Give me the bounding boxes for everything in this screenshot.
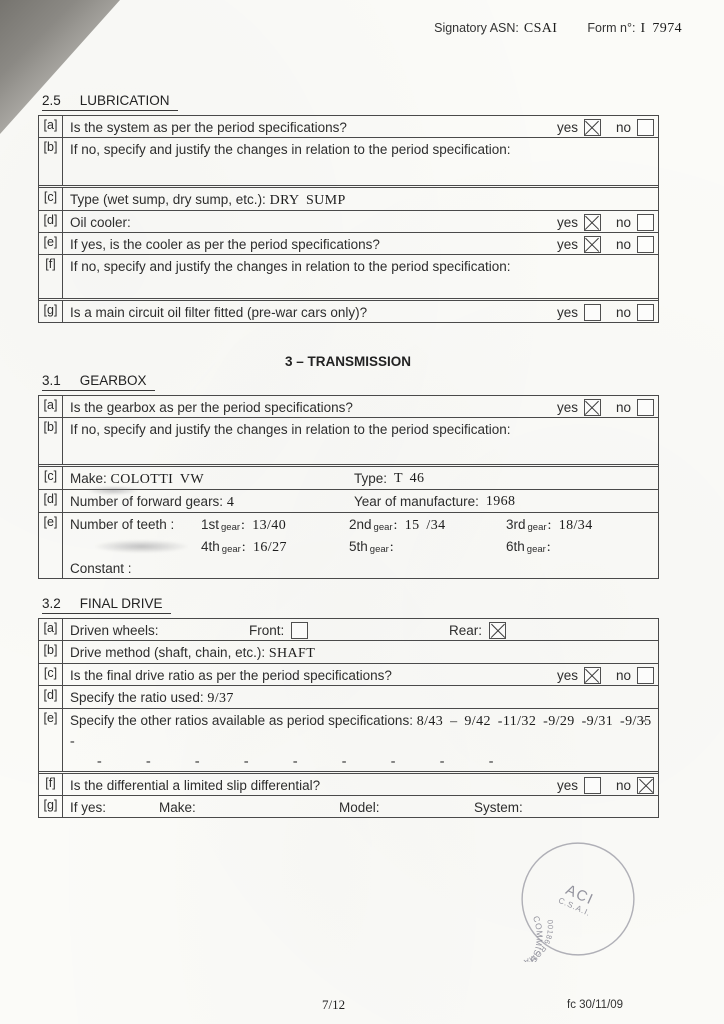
ratio-used-value: 9/37 (207, 691, 234, 706)
no-label: no (616, 666, 631, 685)
yes-no-group: yes no (557, 398, 654, 417)
no-checkbox[interactable] (637, 214, 654, 231)
section-number: 2.5 (42, 93, 61, 108)
gears-count-label: Number of forward gears: (70, 494, 223, 509)
rear-label: Rear: (449, 621, 482, 640)
front-label: Front: (249, 621, 284, 640)
teeth-label: Number of teeth : (70, 517, 174, 532)
table-row-b: [b] Drive method (shaft, chain, etc.): S… (39, 640, 658, 663)
section-title: LUBRICATION (80, 93, 170, 108)
gear-3: 3rdgear: 18/34 (506, 515, 593, 536)
gear-ordinal: 2nd (349, 517, 372, 532)
question-text: Is the system as per the period specific… (70, 120, 347, 135)
table-row-c: [c] Is the final drive ratio as per the … (39, 663, 658, 685)
question-text: If yes, is the cooler as per the period … (70, 237, 380, 252)
row-id: [e] (39, 709, 63, 771)
yes-no-group: yes no (557, 213, 654, 232)
gear-5: 5thgear: (349, 537, 394, 558)
scan-corner-shadow (0, 0, 120, 134)
row-id: [d] (39, 211, 63, 232)
section-title: FINAL DRIVE (80, 596, 163, 611)
yes-label: yes (557, 666, 578, 685)
table-row-e: [e] Number of teeth : 1stgear: 13/40 2nd… (39, 512, 658, 578)
section-heading-gearbox: 3.1GEARBOX (42, 373, 155, 391)
row-id: [a] (39, 396, 63, 417)
table-row-e: [e] If yes, is the cooler as per the per… (39, 232, 658, 254)
footer-reference: fc 30/11/09 (567, 999, 623, 1011)
make-value: COLOTTI VW (111, 472, 204, 487)
row-id: [f] (39, 774, 63, 795)
no-checkbox[interactable] (637, 777, 654, 794)
gear-ordinal: 4th (201, 539, 220, 554)
no-label: no (616, 235, 631, 254)
question-text: If no, specify and justify the changes i… (70, 259, 511, 274)
gear-value: : 18/34 (548, 518, 593, 533)
stamp-outer-text: COMMISSIONE SPORTIVA AUTOMOBILISTICA ITA… (515, 862, 562, 962)
yes-label: yes (557, 118, 578, 137)
lubrication-table: [a] Is the system as per the period spec… (38, 115, 659, 323)
year-label: Year of manufacture: (354, 492, 479, 511)
section-heading-final-drive: 3.2FINAL DRIVE (42, 596, 171, 614)
table-row-a: [a] Is the system as per the period spec… (39, 116, 658, 137)
row-id: [f] (39, 255, 63, 298)
row-id: [b] (39, 418, 63, 464)
if-yes-label: If yes: (70, 800, 106, 815)
table-row-f: [f] If no, specify and justify the chang… (39, 254, 658, 298)
form-number-value: I 7974 (640, 21, 682, 37)
row-id: [e] (39, 513, 63, 578)
type-value: T 46 (394, 469, 424, 488)
gear-value: : 13/40 (241, 518, 286, 533)
gear-ordinal: 5th (349, 539, 368, 554)
table-row-c: [c] Make: COLOTTI VW Type: T 46 (39, 464, 658, 489)
csai-rubber-stamp: COMMISSIONE SPORTIVA AUTOMOBILISTICA ITA… (515, 836, 641, 962)
gear-2: 2ndgear: 15 /34 (349, 515, 446, 536)
table-row-g: [g] If yes: Make: Model: System: (39, 795, 658, 817)
chapter-heading-transmission: 3 – TRANSMISSION (0, 354, 696, 369)
no-label: no (616, 118, 631, 137)
gear-sub-label: gear (527, 544, 546, 555)
other-ratios-label: Specify the other ratios available as pe… (70, 713, 413, 728)
empty-ratio-dashes: - - - - - - - - - (97, 752, 652, 771)
row-id: [c] (39, 467, 63, 489)
no-checkbox[interactable] (637, 119, 654, 136)
gear-sub-label: gear (222, 544, 241, 555)
gear-1: 1stgear: 13/40 (201, 515, 286, 536)
table-row-d: [d] Number of forward gears: 4 Year of m… (39, 489, 658, 512)
gear-sub-label: gear (374, 522, 393, 533)
table-row-c: [c] Type (wet sump, dry sump, etc.): DRY… (39, 185, 658, 210)
no-label: no (616, 398, 631, 417)
constant-label: Constant : (70, 561, 132, 576)
row-id: [d] (39, 686, 63, 708)
yes-checkbox[interactable] (584, 304, 601, 321)
table-row-a: [a] Is the gearbox as per the period spe… (39, 396, 658, 417)
no-label: no (616, 303, 631, 322)
no-checkbox[interactable] (637, 236, 654, 253)
yes-checkbox[interactable] (584, 667, 601, 684)
signatory-value: CSAI (524, 21, 558, 37)
yes-label: yes (557, 303, 578, 322)
gear-value: : (390, 540, 394, 555)
table-row-b: [b] If no, specify and justify the chang… (39, 417, 658, 464)
no-checkbox[interactable] (637, 667, 654, 684)
yes-label: yes (557, 398, 578, 417)
signatory-label: Signatory ASN: (434, 21, 519, 35)
yes-label: yes (557, 776, 578, 795)
question-text: Oil cooler: (70, 215, 131, 230)
type-label: Type: (354, 469, 387, 488)
row-id: [c] (39, 664, 63, 685)
row-id: [a] (39, 619, 63, 640)
model-label: Model: (339, 798, 380, 817)
yes-no-group: yes no (557, 118, 654, 137)
yes-no-group: yes no (557, 235, 654, 254)
section-number: 3.2 (42, 596, 61, 611)
row-id: [d] (39, 490, 63, 512)
question-text: If no, specify and justify the changes i… (70, 422, 511, 437)
question-text: Is a main circuit oil filter fitted (pre… (70, 305, 367, 320)
scanned-form-page: Signatory ASN: CSAI Form n°: I 7974 2.5L… (0, 0, 724, 1024)
form-number-label: Form n°: (587, 21, 635, 35)
yes-label: yes (557, 213, 578, 232)
make-label: Make: (70, 471, 107, 486)
yes-label: yes (557, 235, 578, 254)
gearbox-table: [a] Is the gearbox as per the period spe… (38, 395, 659, 579)
table-row-g: [g] Is a main circuit oil filter fitted … (39, 298, 658, 322)
question-text: Is the gearbox as per the period specifi… (70, 400, 353, 415)
drive-method-label: Drive method (shaft, chain, etc.): (70, 645, 265, 660)
page-number: 7/12 (322, 997, 345, 1013)
rear-checkbox[interactable] (489, 622, 506, 639)
row-id: [b] (39, 641, 63, 663)
drive-method-value: SHAFT (269, 646, 315, 661)
question-text: Is the final drive ratio as per the peri… (70, 668, 392, 683)
gear-ordinal: 6th (506, 539, 525, 554)
section-heading-lubrication: 2.5LUBRICATION (42, 93, 178, 111)
final-drive-table: [a] Driven wheels: Front: Rear: [b] Driv… (38, 618, 659, 818)
entry-value: DRY SUMP (270, 193, 346, 208)
table-row-b: [b] If no, specify and justify the chang… (39, 137, 658, 185)
system-label: System: (474, 798, 523, 817)
svg-text:COMMISSIONE SPORTIVA AUTOMOBIL: COMMISSIONE SPORTIVA AUTOMOBILISTICA ITA… (515, 862, 562, 962)
yes-checkbox[interactable] (584, 777, 601, 794)
gear-value: : (547, 540, 551, 555)
ratio-used-label: Specify the ratio used: (70, 690, 204, 705)
question-text: Is the differential a limited slip diffe… (70, 778, 320, 793)
row-id: [a] (39, 116, 63, 137)
no-checkbox[interactable] (637, 399, 654, 416)
gear-sub-label: gear (528, 522, 547, 533)
table-row-f: [f] Is the differential a limited slip d… (39, 771, 658, 795)
yes-checkbox[interactable] (584, 399, 601, 416)
yes-checkbox[interactable] (584, 214, 601, 231)
year-value: 1968 (486, 492, 516, 511)
row-id: [g] (39, 301, 63, 322)
table-row-d: [d] Oil cooler: yes no (39, 210, 658, 232)
yes-no-group: yes no (557, 303, 654, 322)
row-id: [g] (39, 796, 63, 817)
no-label: no (616, 776, 631, 795)
gear-ordinal: 3rd (506, 517, 526, 532)
front-checkbox[interactable] (291, 622, 308, 639)
trailing-dash: - (641, 711, 646, 730)
gears-count-value: 4 (227, 495, 234, 510)
yes-no-group: yes no (557, 776, 654, 795)
gear-4: 4thgear: 16/27 (201, 537, 287, 558)
question-text: Type (wet sump, dry sump, etc.): (70, 192, 266, 207)
row-id: [c] (39, 188, 63, 210)
yes-no-group: yes no (557, 666, 654, 685)
section-title: GEARBOX (80, 373, 147, 388)
table-row-e: [e] Specify the other ratios available a… (39, 708, 658, 771)
yes-checkbox[interactable] (584, 236, 601, 253)
no-checkbox[interactable] (637, 304, 654, 321)
table-row-d: [d] Specify the ratio used: 9/37 (39, 685, 658, 708)
row-id: [b] (39, 138, 63, 185)
page-header: Signatory ASN: CSAI Form n°: I 7974 (434, 21, 682, 37)
table-row-a: [a] Driven wheels: Front: Rear: (39, 619, 658, 640)
make-label: Make: (159, 798, 196, 817)
yes-checkbox[interactable] (584, 119, 601, 136)
pencil-smudge (94, 540, 189, 553)
row-id: [e] (39, 233, 63, 254)
gear-6: 6thgear: (506, 537, 551, 558)
driven-wheels-label: Driven wheels: (70, 623, 159, 638)
section-number: 3.1 (42, 373, 61, 388)
question-text: If no, specify and justify the changes i… (70, 142, 511, 157)
gear-value: : 15 /34 (394, 518, 446, 533)
no-label: no (616, 213, 631, 232)
gear-sub-label: gear (370, 544, 389, 555)
gear-sub-label: gear (221, 522, 240, 533)
gear-ordinal: 1st (201, 517, 219, 532)
gear-value: : 16/27 (242, 540, 287, 555)
